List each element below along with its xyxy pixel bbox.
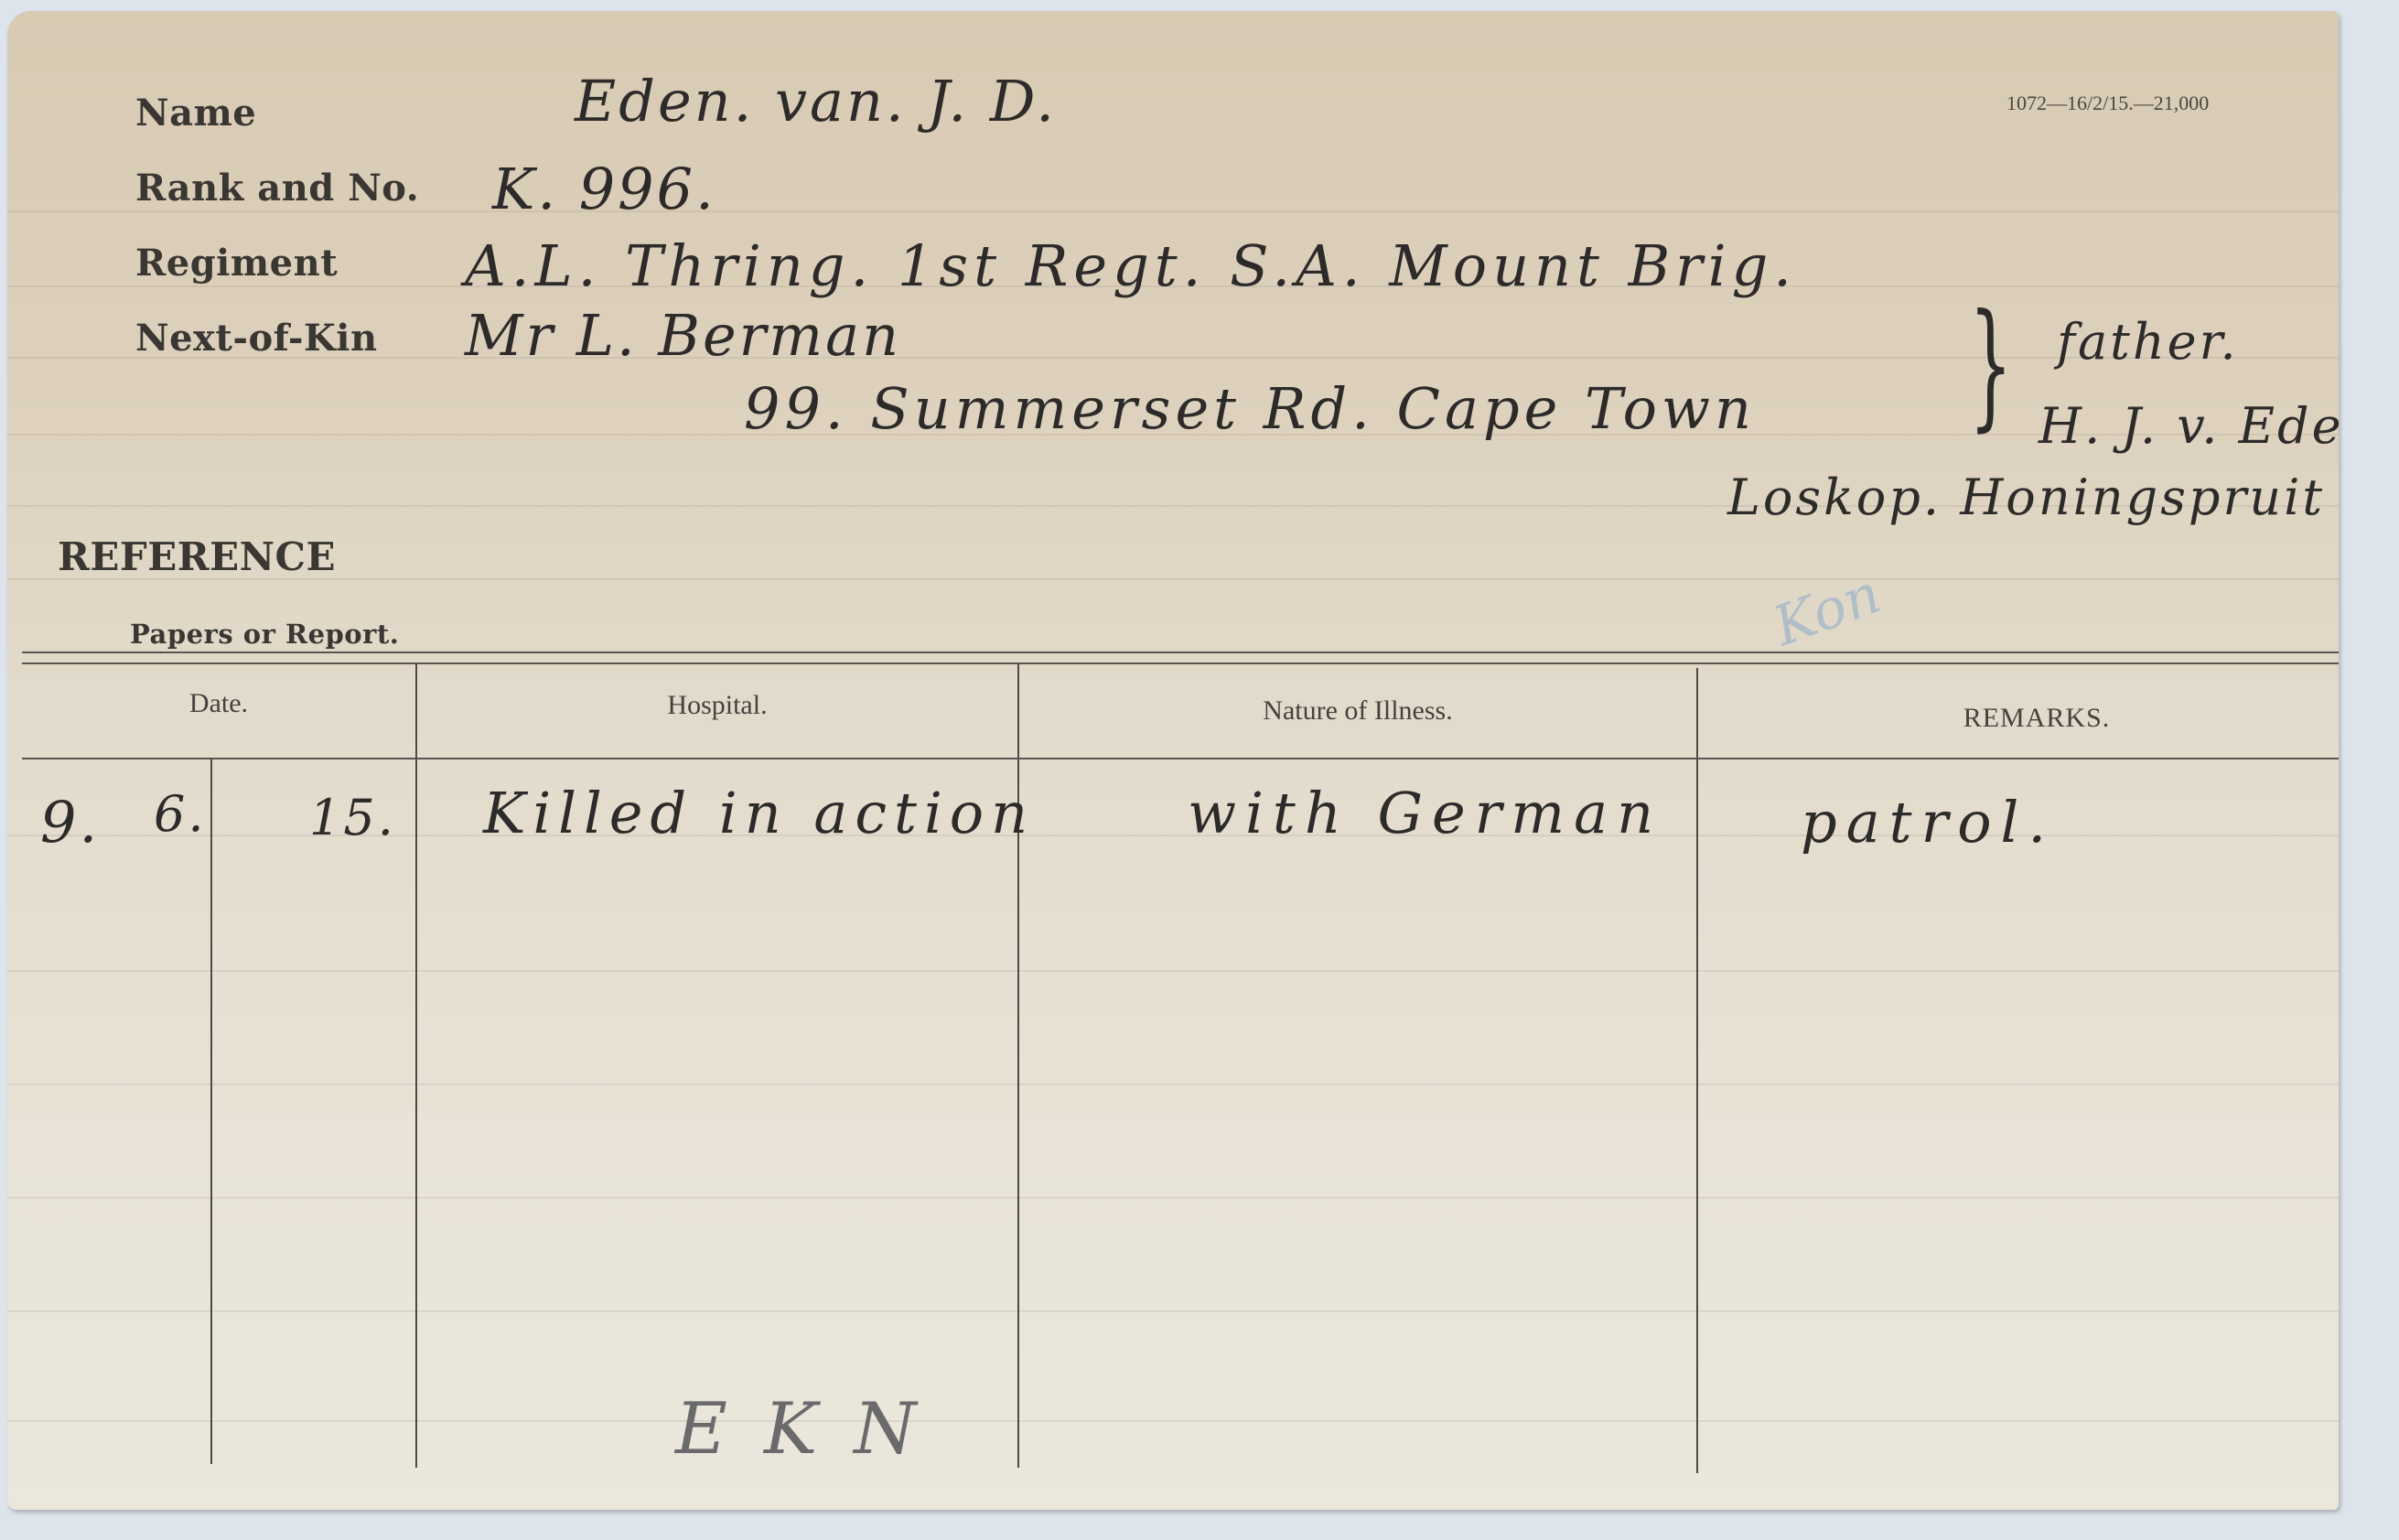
ruled-line: [7, 578, 2339, 580]
regiment-value: A.L. Thring. 1st Regt. S.A. Mount Brig.: [465, 232, 1797, 299]
next-of-kin-label: Next-of-Kin: [135, 317, 378, 360]
ruled-line: [7, 1420, 2339, 1422]
date-year: 15.: [309, 789, 396, 846]
column-header-remarks: REMARKS.: [1698, 703, 2339, 734]
ruled-line: [7, 1083, 2339, 1085]
name-value: Eden. van. J. D.: [575, 68, 1057, 135]
regiment-label: Regiment: [135, 242, 338, 285]
double-rule-top: [22, 652, 2339, 653]
column-header-nature-of-illness: Nature of Illness.: [1019, 695, 1696, 727]
entry-text-part2: with German: [1188, 780, 1662, 846]
kin-side-note-line2: H. J. v. Eden: [2039, 397, 2339, 455]
header-rule: [22, 758, 2339, 759]
date-subdivider: [210, 759, 212, 1464]
ruled-line: [7, 1310, 2339, 1312]
date-month: 6.: [154, 785, 207, 843]
column-divider: [415, 662, 417, 1468]
ruled-line: [7, 210, 2339, 212]
kin-side-note-line3: Loskop. Honingspruit: [1727, 468, 2325, 526]
column-divider: [1696, 668, 1698, 1473]
ruled-line: [7, 1197, 2339, 1199]
next-of-kin-value-line1: Mr L. Berman: [465, 302, 901, 369]
column-header-hospital: Hospital.: [417, 690, 1017, 721]
reference-title: REFERENCE: [58, 534, 336, 579]
name-label: Name: [135, 92, 256, 135]
rank-no-label: Rank and No.: [135, 167, 419, 210]
entry-text-part3: patrol.: [1801, 789, 2055, 856]
date-day: 9.: [40, 789, 100, 856]
kin-side-note-line1: father.: [2057, 313, 2239, 371]
reference-subtitle: Papers or Report.: [130, 619, 399, 650]
ruled-line: [7, 970, 2339, 972]
form-number: 1072—16/2/15.—21,000: [2006, 92, 2209, 115]
blue-pencil-mark: Kon: [1766, 562, 1889, 659]
double-rule-bottom: [22, 662, 2339, 664]
column-header-date: Date.: [22, 688, 415, 719]
casualty-record-card: 1072—16/2/15.—21,000 Name Rank and No. R…: [7, 11, 2339, 1510]
rank-no-value: K. 996.: [492, 156, 716, 222]
next-of-kin-value-line2: 99. Summerset Rd. Cape Town: [744, 375, 1756, 442]
brace-mark: }: [1969, 285, 2013, 445]
pencil-initials: EKN: [675, 1388, 952, 1470]
entry-text-part1: Killed in action: [483, 780, 1035, 846]
